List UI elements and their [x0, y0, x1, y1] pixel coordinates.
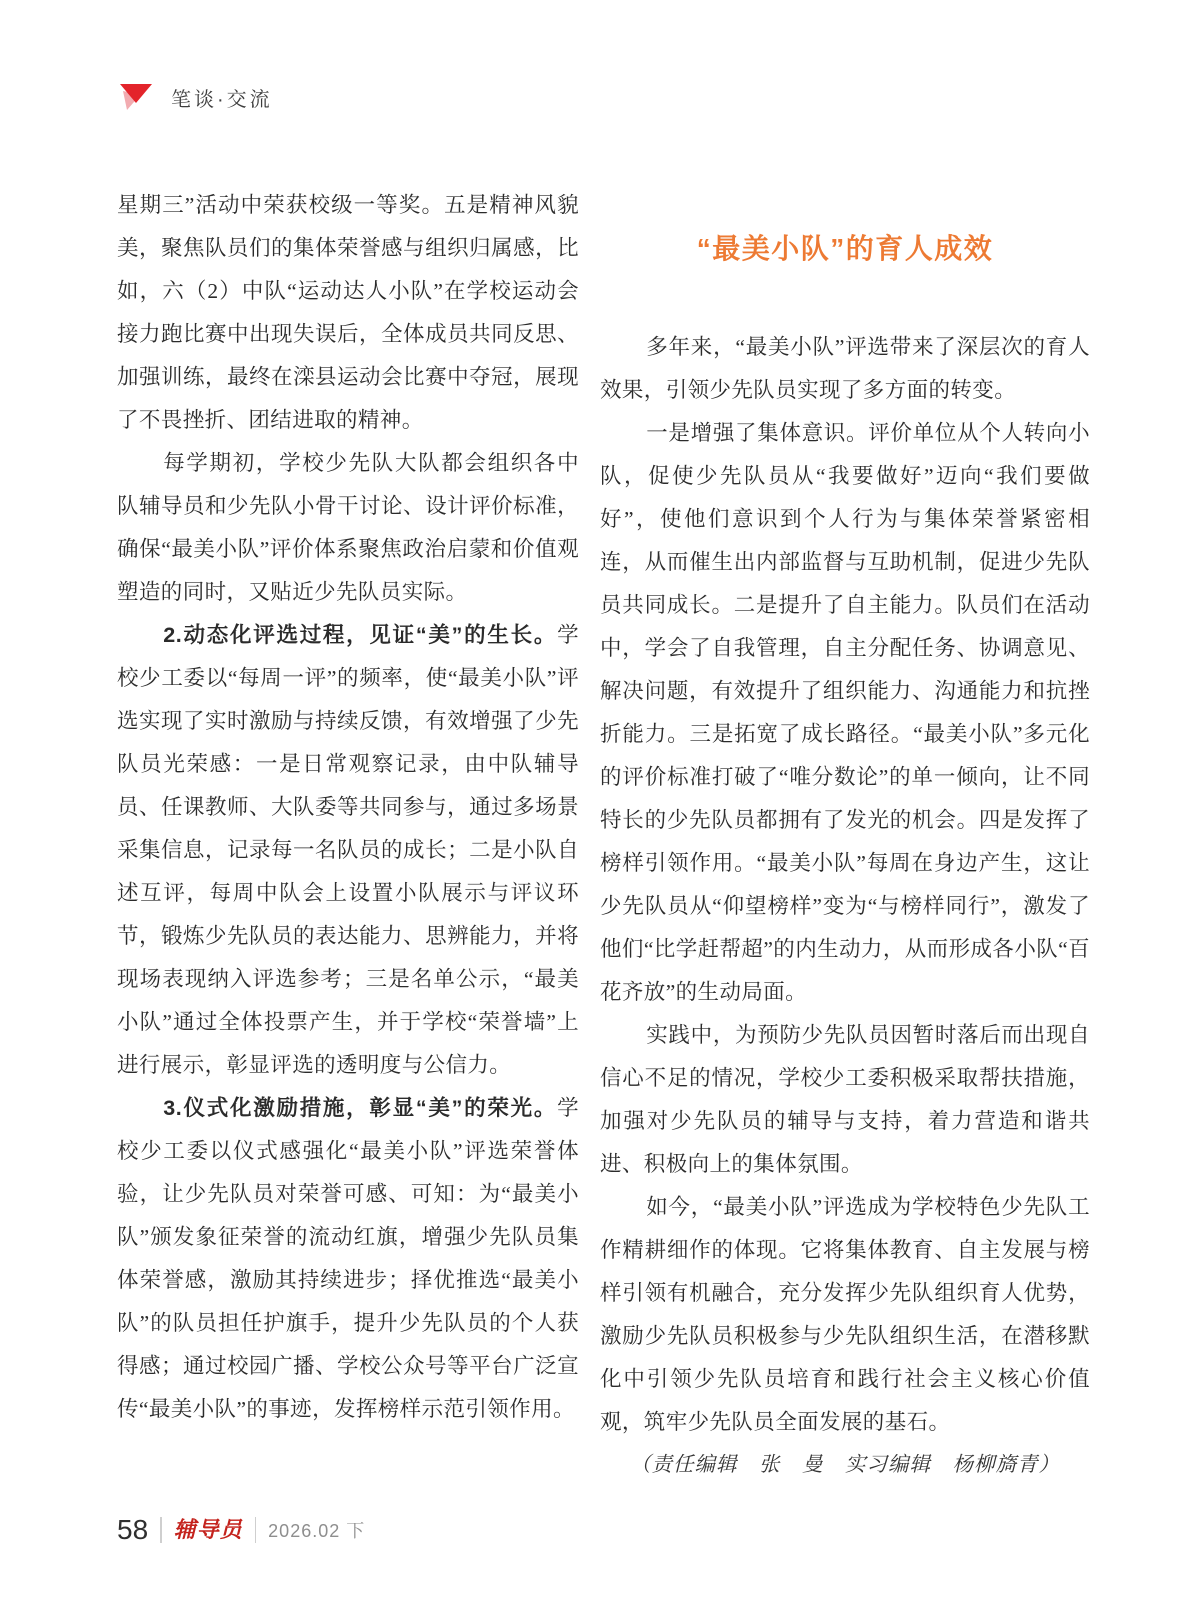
left-paragraph-4-text: 学校少工委以仪式感强化“最美小队”评选荣誉体验，让少先队员对荣誉可感、可知：为“… [117, 1096, 579, 1421]
red-triangle-icon [117, 82, 155, 112]
left-column: 星期三”活动中荣获校级一等奖。五是精神风貌美，聚焦队员们的集体荣誉感与组织归属感… [117, 184, 579, 1431]
right-paragraph-2: 一是增强了集体意识。评价单位从个人转向小队，促使少先队员从“我要做好”迈向“我们… [600, 412, 1090, 1014]
magazine-page: 笔谈·交流 星期三”活动中荣获校级一等奖。五是精神风貌美，聚焦队员们的集体荣誉感… [0, 0, 1200, 1616]
footer-divider [160, 1517, 162, 1543]
issue-label: 2026.02 下 [268, 1517, 365, 1543]
left-paragraph-4-lead: 3.仪式化激励措施，彰显“美”的荣光。 [163, 1096, 557, 1120]
left-paragraph-4: 3.仪式化激励措施，彰显“美”的荣光。学校少工委以仪式感强化“最美小队”评选荣誉… [117, 1087, 579, 1431]
right-paragraph-1: 多年来，“最美小队”评选带来了深层次的育人效果，引领少先队员实现了多方面的转变。 [600, 326, 1090, 412]
magazine-logo: 辅导员 [174, 1517, 243, 1543]
right-column: “最美小队”的育人成效 多年来，“最美小队”评选带来了深层次的育人效果，引领少先… [600, 232, 1090, 1487]
page-number: 58 [117, 1514, 148, 1546]
left-paragraph-3-lead: 2.动态化评选过程，见证“美”的生长。 [163, 623, 557, 647]
left-paragraph-2: 每学期初，学校少先队大队都会组织各中队辅导员和少先队小骨干讨论、设计评价标准，确… [117, 442, 579, 614]
page-footer: 58 辅导员 2026.02 下 [117, 1514, 365, 1546]
right-paragraph-4: 如今，“最美小队”评选成为学校特色少先队工作精耕细作的体现。它将集体教育、自主发… [600, 1186, 1090, 1444]
left-paragraph-3-text: 学校少工委以“每周一评”的频率，使“最美小队”评选实现了实时激励与持续反馈，有效… [117, 623, 579, 1077]
right-paragraph-3: 实践中，为预防少先队员因暂时落后而出现自信心不足的情况，学校少工委积极采取帮扶措… [600, 1014, 1090, 1186]
footer-divider [255, 1517, 257, 1543]
left-paragraph-1: 星期三”活动中荣获校级一等奖。五是精神风貌美，聚焦队员们的集体荣誉感与组织归属感… [117, 184, 579, 442]
section-header: 笔谈·交流 [117, 82, 273, 112]
article-section-heading: “最美小队”的育人成效 [600, 232, 1090, 266]
section-label: 笔谈·交流 [171, 83, 273, 112]
left-paragraph-3: 2.动态化评选过程，见证“美”的生长。学校少工委以“每周一评”的频率，使“最美小… [117, 614, 579, 1087]
editors-credit-line: （责任编辑 张 曼 实习编辑 杨柳旖青） [600, 1444, 1090, 1487]
